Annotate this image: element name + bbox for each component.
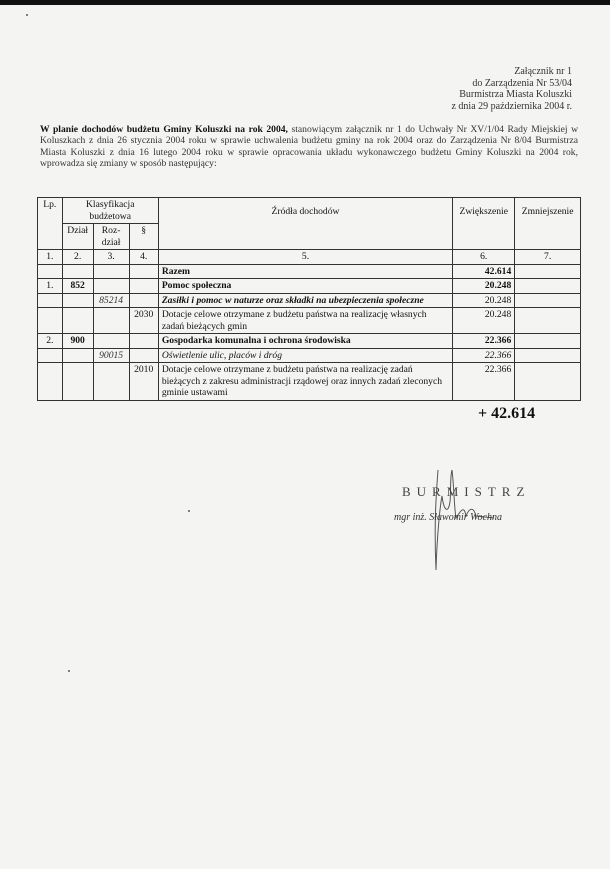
header-source: Źródła dochodów (158, 198, 452, 250)
annex-line: z dnia 29 października 2004 r. (451, 101, 572, 113)
scan-speck (188, 510, 190, 512)
cell-increase: 42.614 (453, 264, 515, 279)
header-rozdzial: Roz-dział (93, 224, 129, 250)
header-classification: Klasyfikacja budżetowa (62, 198, 158, 224)
cell-decrease (515, 334, 581, 349)
table-row: 2010Dotacje celowe otrzymane z budżetu p… (38, 363, 581, 401)
annex-header: Załącznik nr 1 do Zarządzenia Nr 53/04 B… (451, 66, 572, 112)
budget-changes-table: Lp. Klasyfikacja budżetowa Źródła dochod… (37, 197, 581, 401)
cell-lp (38, 293, 63, 308)
column-number: 2. (62, 250, 93, 265)
column-number: 3. (93, 250, 129, 265)
grand-total: + 42.614 (478, 405, 535, 423)
table-header-row: Lp. Klasyfikacja budżetowa Źródła dochod… (38, 198, 581, 224)
header-dzial: Dział (62, 224, 93, 250)
cell-paragraf: 2030 (129, 308, 158, 334)
cell-decrease (515, 348, 581, 363)
cell-dzial (62, 308, 93, 334)
cell-source: Razem (158, 264, 452, 279)
column-number-row: 1. 2. 3. 4. 5. 6. 7. (38, 250, 581, 265)
mayor-title: BURMISTRZ (402, 484, 530, 500)
cell-increase: 22.366 (453, 348, 515, 363)
cell-source: Zasiłki i pomoc w naturze oraz składki n… (158, 293, 452, 308)
cell-decrease (515, 279, 581, 294)
cell-paragraf: 2010 (129, 363, 158, 401)
cell-paragraf (129, 279, 158, 294)
cell-rozdzial (93, 264, 129, 279)
cell-source: Gospodarka komunalna i ochrona środowisk… (158, 334, 452, 349)
table-row: 2.900Gospodarka komunalna i ochrona środ… (38, 334, 581, 349)
cell-increase: 20.248 (453, 293, 515, 308)
scan-top-border (0, 0, 610, 5)
cell-lp: 1. (38, 279, 63, 294)
column-number: 7. (515, 250, 581, 265)
annex-line: do Zarządzenia Nr 53/04 (451, 78, 572, 90)
cell-dzial: 852 (62, 279, 93, 294)
cell-source: Oświetlenie ulic, placów i dróg (158, 348, 452, 363)
header-decrease: Zmniejszenie (515, 198, 581, 250)
table-row: 2030Dotacje celowe otrzymane z budżetu p… (38, 308, 581, 334)
cell-source: Dotacje celowe otrzymane z budżetu państ… (158, 363, 452, 401)
cell-increase: 22.366 (453, 334, 515, 349)
column-number: 1. (38, 250, 63, 265)
cell-lp (38, 264, 63, 279)
cell-rozdzial (93, 334, 129, 349)
cell-increase: 20.248 (453, 308, 515, 334)
cell-decrease (515, 363, 581, 401)
column-number: 6. (453, 250, 515, 265)
cell-paragraf (129, 264, 158, 279)
cell-rozdzial (93, 308, 129, 334)
cell-decrease (515, 293, 581, 308)
column-number: 5. (158, 250, 452, 265)
mayor-name: mgr inż. Sławomir Wochna (394, 512, 502, 523)
intro-bold: W planie dochodów budżetu Gminy Koluszki… (40, 124, 288, 135)
annex-line: Burmistrza Miasta Koluszki (451, 89, 572, 101)
cell-lp (38, 308, 63, 334)
cell-dzial (62, 348, 93, 363)
cell-lp: 2. (38, 334, 63, 349)
cell-rozdzial: 90015 (93, 348, 129, 363)
intro-paragraph: W planie dochodów budżetu Gminy Koluszki… (40, 124, 578, 170)
cell-lp (38, 363, 63, 401)
cell-paragraf (129, 348, 158, 363)
cell-rozdzial (93, 279, 129, 294)
cell-dzial (62, 363, 93, 401)
cell-dzial (62, 293, 93, 308)
header-lp: Lp. (38, 198, 63, 250)
column-number: 4. (129, 250, 158, 265)
scan-speck (68, 670, 70, 672)
cell-dzial (62, 264, 93, 279)
table-row: 85214Zasiłki i pomoc w naturze oraz skła… (38, 293, 581, 308)
cell-increase: 20.248 (453, 279, 515, 294)
table-row: 1.852Pomoc społeczna20.248 (38, 279, 581, 294)
cell-source: Dotacje celowe otrzymane z budżetu państ… (158, 308, 452, 334)
cell-source: Pomoc społeczna (158, 279, 452, 294)
cell-dzial: 900 (62, 334, 93, 349)
table-row: 90015Oświetlenie ulic, placów i dróg22.3… (38, 348, 581, 363)
cell-paragraf (129, 334, 158, 349)
header-increase: Zwiększenie (453, 198, 515, 250)
cell-lp (38, 348, 63, 363)
cell-decrease (515, 264, 581, 279)
cell-increase: 22.366 (453, 363, 515, 401)
cell-rozdzial (93, 363, 129, 401)
cell-rozdzial: 85214 (93, 293, 129, 308)
cell-paragraf (129, 293, 158, 308)
annex-line: Załącznik nr 1 (451, 66, 572, 78)
table-row: Razem42.614 (38, 264, 581, 279)
scan-speck (26, 14, 28, 16)
header-paragraf: § (129, 224, 158, 250)
cell-decrease (515, 308, 581, 334)
